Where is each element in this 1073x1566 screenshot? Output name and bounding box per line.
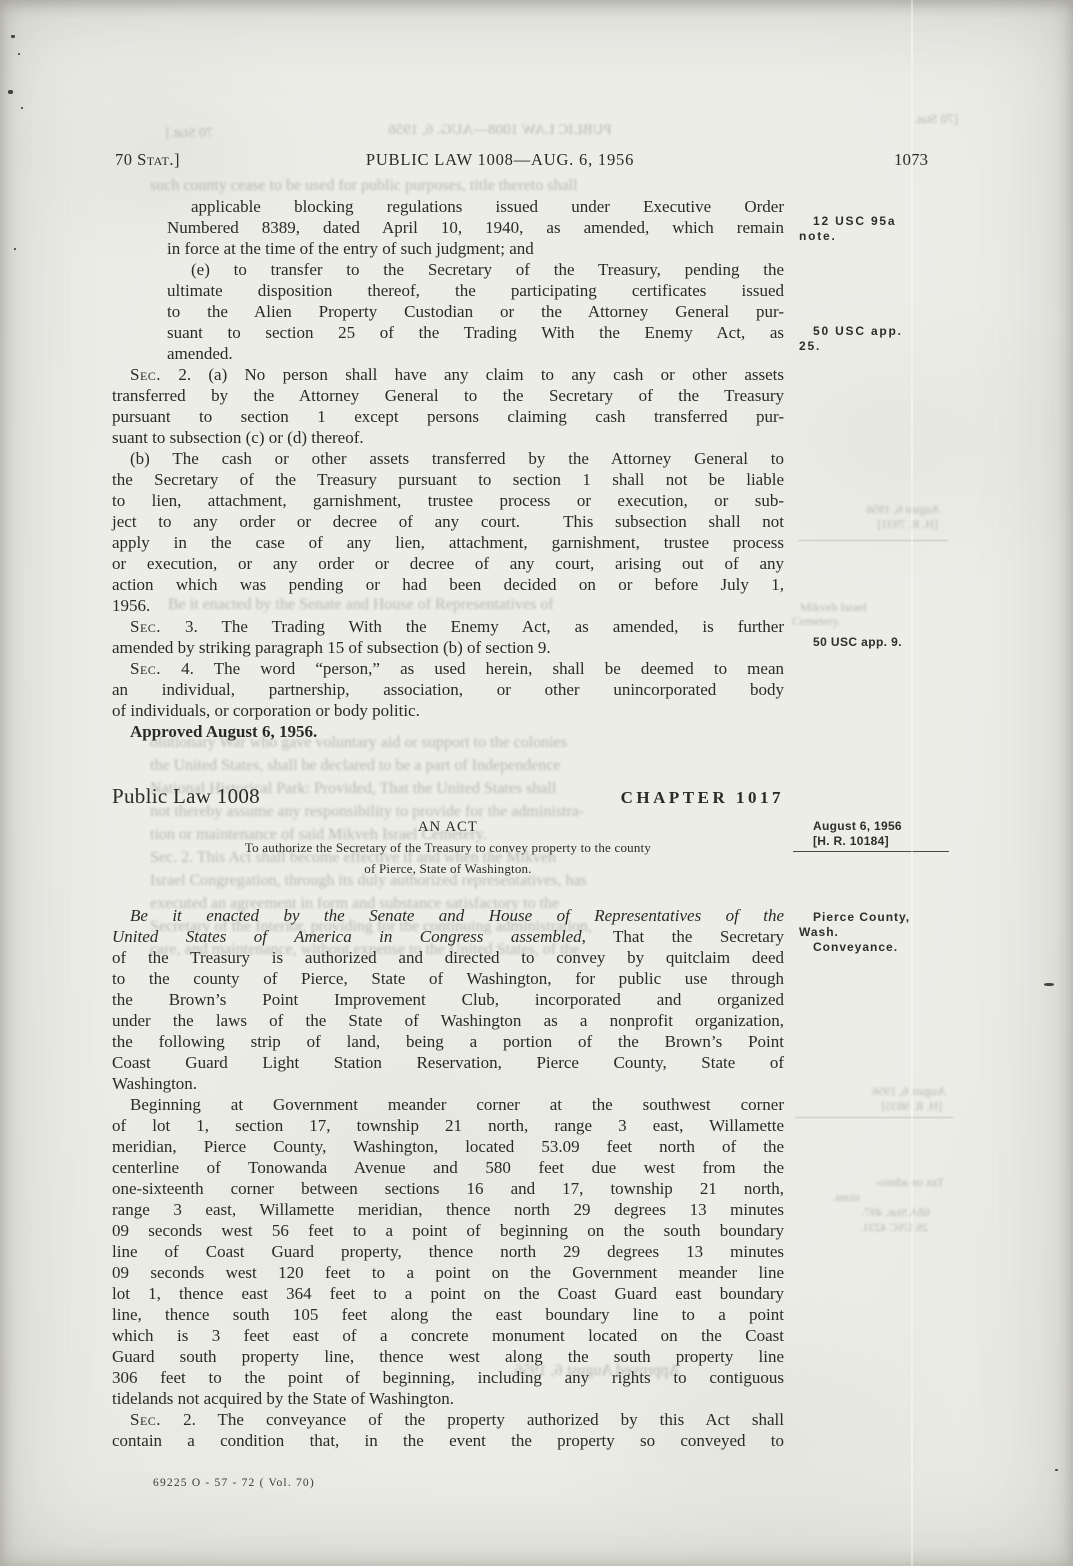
statute-paragraph: (e) to transfer to the Secretary of the …: [167, 259, 784, 364]
text-segment: Washington.: [112, 1074, 197, 1093]
text-segment: line of Coast Guard property, thence nor…: [112, 1242, 784, 1261]
bleedthrough-text: [H. R. 7931]: [812, 517, 938, 532]
scan-speck: [14, 248, 16, 250]
text-line: range 3 east, Willamette meridian, thenc…: [112, 1199, 784, 1220]
bleedthrough-text: sions.: [800, 1190, 860, 1205]
margin-note-line: 25.: [799, 339, 964, 354]
text-segment: Be it enacted by the Senate and House of…: [130, 906, 784, 925]
text-line: action which was pending or had been dec…: [112, 574, 784, 595]
scan-speck: [1044, 983, 1054, 986]
text-line: United States of America in Congress ass…: [112, 926, 784, 947]
text-line: Be it enacted by the Senate and House of…: [112, 905, 784, 926]
text-segment: ultimate disposition thereof, the partic…: [167, 281, 784, 300]
text-segment: 3. The Trading With the Enemy Act, as am…: [161, 617, 784, 636]
text-segment: which is 3 feet east of a concrete monum…: [112, 1326, 784, 1345]
text-segment: pursuant to section 1 except persons cla…: [112, 407, 784, 426]
text-segment: meridian, Pierce County, Washington, loc…: [112, 1137, 784, 1156]
margin-note: August 6, 1956[H. R. 10184]: [799, 819, 964, 852]
statute-paragraph: Sec. 4. The word “person,” as used herei…: [112, 658, 784, 721]
text-line: meridian, Pierce County, Washington, loc…: [112, 1136, 784, 1157]
bleedthrough-text: Mikveh Israel: [800, 600, 940, 615]
statute-paragraph: Sec. 2. The conveyance of the property a…: [112, 1409, 784, 1451]
text-segment: to lien, attachment, garnishment, truste…: [112, 491, 784, 510]
text-segment: 2. The conveyance of the property author…: [161, 1410, 784, 1429]
margin-note-line: [H. R. 10184]: [799, 834, 964, 849]
text-segment: 4. The word “person,” as used herein, sh…: [161, 659, 784, 678]
text-line: suant to section 25 of the Trading With …: [167, 322, 784, 343]
law-heading-row: Public Law 1008CHAPTER 1017: [112, 786, 784, 812]
text-line: ject to any order or decree of any court…: [112, 511, 784, 532]
text-segment: an individual, partnership, association,…: [112, 680, 784, 699]
text-line: Beginning at Government meander corner a…: [112, 1094, 784, 1115]
margin-note-line: August 6, 1956: [799, 819, 964, 834]
text-segment: Sec.: [130, 1410, 161, 1429]
text-segment: action which was pending or had been dec…: [112, 575, 784, 594]
text-line: to lien, attachment, garnishment, truste…: [112, 490, 784, 511]
text-line: apply in the case of any lien, attachmen…: [112, 532, 784, 553]
printers-mark: 69225 O - 57 - 72 ( Vol. 70): [153, 1477, 315, 1489]
text-segment: centerline of Tonowanda Avenue and 580 f…: [112, 1158, 784, 1177]
text-line: of individuals, or corporation or body p…: [112, 700, 784, 721]
statute-paragraph: Sec. 2. (a) No person shall have any cla…: [112, 364, 784, 448]
text-segment: Sec.: [130, 365, 161, 384]
text-line: Numbered 8389, dated April 10, 1940, as …: [167, 217, 784, 238]
text-line: lot 1, thence east 364 feet to a point o…: [112, 1283, 784, 1304]
text-line: or execution, or any order or decree of …: [112, 553, 784, 574]
text-segment: contain a condition that, in the event t…: [112, 1431, 784, 1450]
text-segment: suant to subsection (c) or (d) thereof.: [112, 428, 364, 447]
margin-note-line: Conveyance.: [799, 940, 964, 955]
bleedthrough-rule: [795, 1117, 953, 1118]
text-segment: range 3 east, Willamette meridian, thenc…: [112, 1200, 784, 1219]
statute-paragraph: applicable blocking regulations issued u…: [167, 196, 784, 259]
text-line: (b) The cash or other assets transferred…: [112, 448, 784, 469]
margin-note-line: Pierce County,: [799, 910, 964, 925]
statute-paragraph: Be it enacted by the Senate and House of…: [112, 905, 784, 1094]
text-line: 09 seconds west 56 feet to a point of be…: [112, 1220, 784, 1241]
text-segment: amended.: [167, 344, 233, 363]
text-line: the following strip of land, being a por…: [112, 1031, 784, 1052]
margin-note-line: 12 USC 95a: [799, 214, 964, 229]
text-segment: United States of America in Congress ass…: [112, 927, 582, 946]
margin-note-line: note.: [799, 229, 964, 244]
text-segment: Numbered 8389, dated April 10, 1940, as …: [167, 218, 784, 237]
text-segment: Sec.: [130, 617, 161, 636]
text-line: of lot 1, section 17, township 21 north,…: [112, 1115, 784, 1136]
text-segment: lot 1, thence east 364 feet to a point o…: [112, 1284, 784, 1303]
text-segment: to the Alien Property Custodian or the A…: [167, 302, 784, 321]
text-segment: of the Treasury is authorized and direct…: [112, 948, 784, 967]
bleedthrough-rule: [798, 540, 948, 541]
header-running-title: PUBLIC LAW 1008—AUG. 6, 1956: [112, 150, 888, 170]
text-line: tidelands not acquired by the State of W…: [112, 1388, 784, 1409]
text-segment: of individuals, or corporation or body p…: [112, 701, 420, 720]
text-line: in force at the time of the entry of suc…: [167, 238, 784, 259]
bleedthrough-text: Cemetery.: [792, 614, 892, 629]
text-line: suant to subsection (c) or (d) thereof.: [112, 427, 784, 448]
statute-paragraph: (b) The cash or other assets transferred…: [112, 448, 784, 616]
margin-note-line: 50 USC app.: [799, 324, 964, 339]
bleedthrough-text: [H. R. 9835]: [810, 1099, 942, 1114]
text-line: line, thence south 105 feet along the ea…: [112, 1304, 784, 1325]
text-segment: To authorize the Secretary of the Treasu…: [245, 840, 651, 855]
text-line: of Pierce, State of Washington.: [112, 860, 784, 881]
bleedthrough-text: August 6, 1956: [810, 502, 940, 517]
scan-speck: [18, 53, 20, 55]
scan-speck: [1055, 1469, 1058, 1471]
text-segment: 2. (a) No person shall have any claim to…: [161, 365, 784, 384]
text-segment: amended by striking paragraph 15 of subs…: [112, 638, 551, 657]
margin-note-line: 50 USC app. 9.: [799, 635, 964, 650]
text-segment: in force at the time of the entry of suc…: [167, 239, 534, 258]
text-line: to the Alien Property Custodian or the A…: [167, 301, 784, 322]
text-segment: under the laws of the State of Washingto…: [112, 1011, 784, 1030]
bleedthrough-text: Tax on admis-: [804, 1175, 944, 1190]
bleedthrough-text: August 6, 1956: [806, 1084, 946, 1099]
text-segment: Guard south property line, thence west a…: [112, 1347, 784, 1366]
bleedthrough-text: [70 Stat.: [858, 111, 958, 127]
margin-note: 12 USC 95anote.: [799, 214, 964, 244]
text-line: an individual, partnership, association,…: [112, 679, 784, 700]
text-line: under the laws of the State of Washingto…: [112, 1010, 784, 1031]
text-line: 306 feet to the point of beginning, incl…: [112, 1367, 784, 1388]
statute-paragraph: Sec. 3. The Trading With the Enemy Act, …: [112, 616, 784, 658]
margin-note: 50 USC app. 9.: [799, 635, 964, 650]
text-segment: Approved August 6, 1956.: [130, 722, 317, 741]
text-segment: Beginning at Government meander corner a…: [130, 1095, 784, 1114]
text-segment: , That the Secretary: [582, 927, 784, 946]
text-line: Sec. 3. The Trading With the Enemy Act, …: [112, 616, 784, 637]
text-segment: the Brown’s Point Improvement Club, inco…: [112, 990, 784, 1009]
scan-speck: [8, 90, 13, 94]
text-segment: Sec.: [130, 659, 161, 678]
bleedthrough-text: 70 Stat.]: [113, 126, 213, 142]
text-line: centerline of Tonowanda Avenue and 580 f…: [112, 1157, 784, 1178]
text-line: Sec. 2. (a) No person shall have any cla…: [112, 364, 784, 385]
text-line: Coast Guard Light Station Reservation, P…: [112, 1052, 784, 1073]
bleedthrough-text: 26 USC 4231.: [800, 1220, 928, 1235]
text-segment: (b) The cash or other assets transferred…: [130, 449, 784, 468]
text-segment: of lot 1, section 17, township 21 north,…: [112, 1116, 784, 1135]
text-segment: AN ACT: [418, 819, 478, 835]
act-caption: To authorize the Secretary of the Treasu…: [112, 839, 784, 881]
text-line: 09 seconds west 120 feet to a point on t…: [112, 1262, 784, 1283]
body-column: applicable blocking regulations issued u…: [112, 196, 784, 1451]
text-segment: apply in the case of any lien, attachmen…: [112, 533, 784, 552]
text-line: amended.: [167, 343, 784, 364]
chapter-number: CHAPTER 1017: [621, 787, 784, 808]
text-segment: 306 feet to the point of beginning, incl…: [112, 1368, 784, 1387]
text-line: To authorize the Secretary of the Treasu…: [112, 839, 784, 860]
text-segment: transferred by the Attorney General to t…: [112, 386, 784, 405]
text-segment: 1956.: [112, 596, 150, 615]
act-caption: AN ACT: [112, 815, 784, 839]
bleedthrough-text: such county cease to be used for public …: [150, 177, 780, 195]
text-line: pursuant to section 1 except persons cla…: [112, 406, 784, 427]
text-line: transferred by the Attorney General to t…: [112, 385, 784, 406]
text-segment: tidelands not acquired by the State of W…: [112, 1389, 454, 1408]
statute-paragraph: Approved August 6, 1956.: [112, 721, 784, 742]
text-line: the Secretary of the Treasury pursuant t…: [112, 469, 784, 490]
scan-speck: [21, 107, 23, 109]
bleedthrough-text: PUBLIC LAW 1008—AUG. 6, 1956: [300, 122, 700, 139]
margin-note: Pierce County,Wash.Conveyance.: [799, 910, 964, 956]
margin-note: 50 USC app.25.: [799, 324, 964, 354]
text-line: Washington.: [112, 1073, 784, 1094]
text-line: Sec. 4. The word “person,” as used herei…: [112, 658, 784, 679]
header-page-number: 1073: [876, 150, 928, 170]
text-segment: (e) to transfer to the Secretary of the …: [191, 260, 784, 279]
text-segment: suant to section 25 of the Trading With …: [167, 323, 784, 342]
text-segment: one-sixteenth corner between sections 16…: [112, 1179, 784, 1198]
statute-paragraph: Beginning at Government meander corner a…: [112, 1094, 784, 1409]
text-segment: to the county of Pierce, State of Washin…: [112, 969, 784, 988]
text-line: Approved August 6, 1956.: [112, 721, 784, 742]
text-line: Sec. 2. The conveyance of the property a…: [112, 1409, 784, 1430]
text-segment: applicable blocking regulations issued u…: [191, 197, 784, 216]
text-line: (e) to transfer to the Secretary of the …: [167, 259, 784, 280]
text-line: Guard south property line, thence west a…: [112, 1346, 784, 1367]
text-line: of the Treasury is authorized and direct…: [112, 947, 784, 968]
text-line: amended by striking paragraph 15 of subs…: [112, 637, 784, 658]
text-line: line of Coast Guard property, thence nor…: [112, 1241, 784, 1262]
text-segment: or execution, or any order or decree of …: [112, 554, 784, 573]
text-line: one-sixteenth corner between sections 16…: [112, 1178, 784, 1199]
scan-speck: [11, 35, 15, 38]
text-line: 1956.: [112, 595, 784, 616]
text-segment: the Secretary of the Treasury pursuant t…: [112, 470, 784, 489]
text-segment: 09 seconds west 56 feet to a point of be…: [112, 1221, 784, 1240]
text-segment: ject to any order or decree of any court…: [112, 512, 784, 531]
text-line: the Brown’s Point Improvement Club, inco…: [112, 989, 784, 1010]
scan-streak: [911, 0, 913, 1566]
text-segment: Coast Guard Light Station Reservation, P…: [112, 1053, 784, 1072]
text-line: which is 3 feet east of a concrete monum…: [112, 1325, 784, 1346]
text-segment: the following strip of land, being a por…: [112, 1032, 784, 1051]
margin-note-rule: [793, 851, 949, 852]
public-law-number: Public Law 1008: [112, 786, 260, 807]
text-line: applicable blocking regulations issued u…: [167, 196, 784, 217]
text-line: to the county of Pierce, State of Washin…: [112, 968, 784, 989]
statute-page: 70 Stat.] PUBLIC LAW 1008—AUG. 6, 1956 1…: [0, 0, 1073, 1566]
margin-note-line: Wash.: [799, 925, 964, 940]
text-segment: 09 seconds west 120 feet to a point on t…: [112, 1263, 784, 1282]
text-segment: of Pierce, State of Washington.: [364, 861, 531, 876]
text-line: ultimate disposition thereof, the partic…: [167, 280, 784, 301]
text-line: AN ACT: [112, 815, 784, 839]
text-line: contain a condition that, in the event t…: [112, 1430, 784, 1451]
text-segment: line, thence south 105 feet along the ea…: [112, 1305, 784, 1324]
